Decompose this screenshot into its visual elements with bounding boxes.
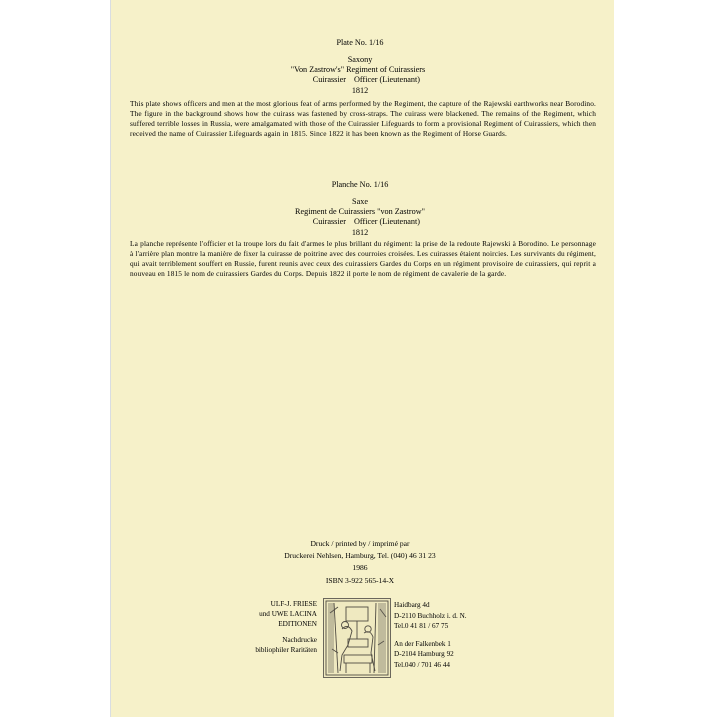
rank-right-fr: Officer (Lieutenant) [354,217,420,227]
address-line: Haidbarg 4d [394,600,504,611]
publisher-tagline: Nachdrucke [222,636,317,646]
document-content: Plate No. 1/16 Saxony "Von Zastrow's" Re… [0,0,720,720]
printing-press-woodcut-icon [323,598,391,678]
address-line: D-2110 Buchholz i. d. N. [394,611,504,622]
regiment-name-en: "Von Zastrow's" [291,65,344,74]
country-en: Saxony [0,55,720,65]
rank-left-fr: Cuirassier [270,217,346,227]
heading-en: Saxony "Von Zastrow's" Regiment of Cuira… [0,55,720,96]
heading-fr: Saxe Regiment de Cuirassiers "von Zastro… [0,197,720,238]
publisher-line: und UWE LACINA [222,610,317,620]
publisher-tagline: bibliophiler Raritäten [222,646,317,656]
imprint-year: 1986 [0,562,720,574]
publisher-block: ULF-J. FRIESE und UWE LACINA EDITIONEN N… [222,600,317,656]
plate-title-en: Plate No. 1/16 [0,38,720,47]
year-fr: 1812 [0,228,720,238]
description-en: This plate shows officers and men at the… [130,99,596,139]
regiment-fr: Regiment de Cuirassiers "von Zastrow" [0,207,720,217]
phone-line: Tel.0 41 81 / 67 75 [394,621,504,632]
rank-right-en: Officer (Lieutenant) [354,75,420,85]
printed-by-label: Druck / printed by / imprimé par [0,538,720,550]
country-fr: Saxe [0,197,720,207]
plate-title-fr: Planche No. 1/16 [0,180,720,189]
address-line: An der Falkenbek 1 [394,639,504,650]
phone-line: Tel.040 / 701 46 44 [394,660,504,671]
address-block: Haidbarg 4d D-2110 Buchholz i. d. N. Tel… [394,600,504,670]
description-fr: La planche représente l'officier et la t… [130,239,596,279]
imprint: Druck / printed by / imprimé par Drucker… [0,538,720,587]
publisher-line: EDITIONEN [222,620,317,630]
rank-left-en: Cuirassier [270,75,346,85]
regiment-type-en: Regiment of Cuirassiers [346,65,425,74]
address-line: D-2104 Hamburg 92 [394,649,504,660]
year-en: 1812 [0,86,720,96]
printer-name: Druckerei Nehlsen, Hamburg, Tel. (040) 4… [0,550,720,562]
isbn: ISBN 3-922 565-14-X [0,575,720,587]
publisher-line: ULF-J. FRIESE [222,600,317,610]
